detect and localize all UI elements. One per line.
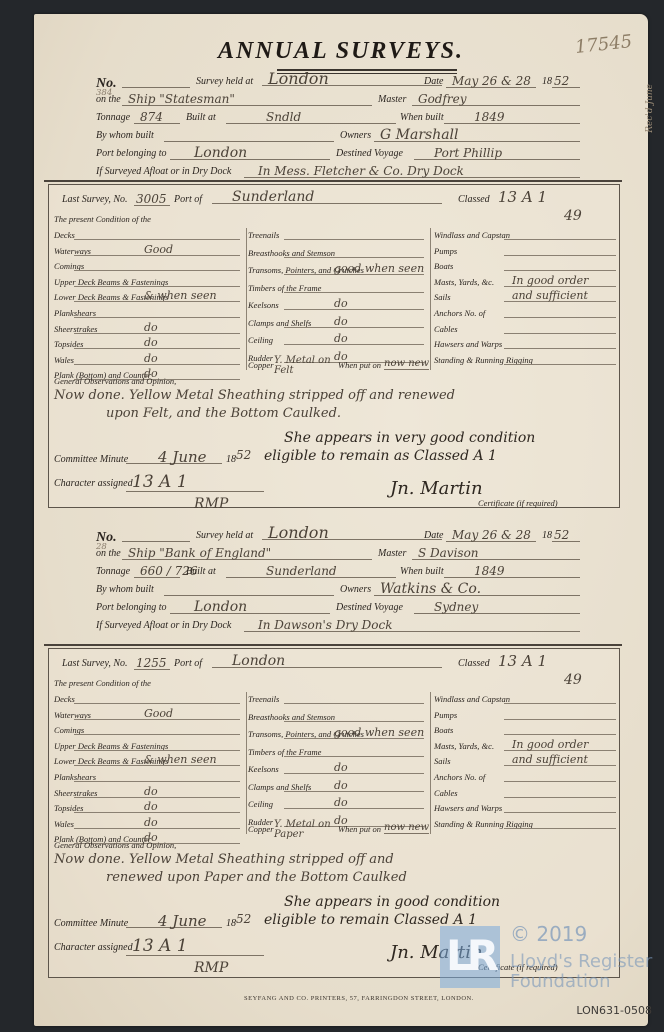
year-prefix: 18 [542, 530, 552, 541]
tonnage-label: Tonnage [96, 112, 130, 123]
surveyor-initials: RMP [194, 960, 228, 976]
classed-field: 13 A 1 [492, 654, 572, 668]
condition-label: Windlass and Capstan [434, 230, 510, 240]
condition-value: do [144, 800, 158, 813]
surveyed-afloat-field: In Mess. Fletcher & Co. Dry Dock [244, 164, 580, 178]
condition-rule [504, 307, 616, 318]
side-note: Rec'd June [645, 84, 655, 133]
condition-label: Sails [434, 292, 451, 302]
built-at-field: Sunderland [226, 564, 396, 578]
when-built-field: 1849 [444, 564, 580, 578]
condition-value: and sufficient [512, 289, 588, 302]
present-condition-label: The present Condition of the [54, 678, 151, 688]
condition-label: Cables [434, 324, 458, 334]
last-survey-field: 1255 [134, 656, 170, 670]
observation-line: renewed upon Paper and the Bottom Caulke… [106, 870, 407, 885]
surveyed-afloat-field: In Dawson's Dry Dock [244, 618, 580, 632]
condition-rule [504, 818, 616, 829]
condition-rule [504, 260, 616, 271]
condition-value: In good order [512, 738, 588, 751]
condition-rule [284, 711, 424, 722]
classed-year: 49 [564, 672, 582, 688]
watermark-organisation: Lloyd's Register Foundation [510, 952, 664, 992]
year-prefix: 18 [542, 76, 552, 87]
condition-rule [74, 276, 240, 287]
condition-rule [504, 354, 616, 365]
condition-rule [284, 247, 424, 258]
on-the-label: on the [96, 548, 121, 559]
owners-field: Watkins & Co. [374, 582, 580, 596]
condition-rule [284, 334, 424, 345]
tonnage-label: Tonnage [96, 566, 130, 577]
condition-rule [504, 771, 616, 782]
port-of-label: Port of [174, 658, 202, 669]
condition-rule [284, 282, 424, 293]
condition-rule [284, 763, 424, 774]
classed-label: Classed [458, 658, 490, 669]
year-field: 52 [552, 74, 580, 88]
master-label: Master [378, 548, 406, 559]
owners-label: Owners [340, 130, 371, 141]
condition-label: Boats [434, 261, 453, 271]
condition-label: Windlass and Capstan [434, 694, 510, 704]
condition-label: Keelsons [248, 764, 279, 774]
surveyed-afloat-label: If Surveyed Afloat or in Dry Dock [96, 620, 231, 631]
present-condition-label: The present Condition of the [54, 214, 151, 224]
ship-name-field: Ship "Bank of England" [122, 546, 372, 560]
survey-held-at-field: London [262, 72, 442, 86]
condition-value: do [334, 796, 348, 809]
observation-line: Now done. Yellow Metal Sheathing strippe… [54, 852, 394, 867]
when-put-on-field: now new [384, 822, 429, 834]
watermark-copyright: © 2019 [510, 922, 587, 946]
general-observations-label: General Observations and Opinion, [54, 840, 176, 850]
condition-label: Hawsers and Warps [434, 803, 502, 813]
when-put-on-field: now new [384, 358, 429, 370]
when-built-field: 1849 [444, 110, 580, 124]
committee-minute-label: Committee Minute [54, 918, 128, 929]
date-label: Date [424, 530, 443, 541]
condition-value: Good [144, 707, 173, 720]
last-survey-field: 3005 [134, 192, 170, 206]
condition-label: Hawsers and Warps [434, 339, 502, 349]
general-observations-label: General Observations and Opinion, [54, 376, 176, 386]
destined-voyage-field: Sydney [414, 600, 580, 614]
when-put-on-label: When put on [338, 824, 381, 834]
condition-label: Masts, Yards, &c. [434, 277, 494, 287]
condition-value: do [334, 297, 348, 310]
condition-value: do [334, 315, 348, 328]
condition-value: do [334, 761, 348, 774]
section-rule [44, 644, 622, 646]
committee-year-prefix: 18 [226, 454, 236, 465]
condition-value: good when seen [334, 262, 424, 275]
condition-label: Wales [54, 819, 74, 829]
condition-label: Ceiling [248, 799, 273, 809]
condition-rule [504, 229, 616, 240]
condition-rule [504, 338, 616, 349]
condition-rule [284, 317, 424, 328]
condition-label: Keelsons [248, 300, 279, 310]
copper-field: Y. Metal on Paper [274, 820, 344, 840]
when-built-label: When built [400, 112, 444, 123]
condition-rule [504, 802, 616, 813]
condition-label: Treenails [248, 230, 279, 240]
condition-value: do [334, 779, 348, 792]
condition-value: do [144, 785, 158, 798]
port-belonging-label: Port belonging to [96, 602, 167, 613]
when-built-label: When built [400, 566, 444, 577]
date-label: Date [424, 76, 443, 87]
port-belonging-label: Port belonging to [96, 148, 167, 159]
condition-value: & when seen [144, 753, 217, 766]
condition-rule [284, 693, 424, 704]
condition-rule [284, 798, 424, 809]
classed-year: 49 [564, 208, 582, 224]
condition-rule [284, 746, 424, 757]
condition-label: Pumps [434, 246, 457, 256]
condition-rule [74, 260, 240, 271]
on-the-label: on the [96, 94, 121, 105]
built-at-label: Built at [186, 112, 216, 123]
master-label: Master [378, 94, 406, 105]
condition-rule [504, 787, 616, 798]
condition-label: Decks [54, 694, 75, 704]
tonnage-field: 660 / 726 [134, 564, 180, 578]
date-field: May 26 & 28 [446, 528, 536, 542]
condition-label: Decks [54, 230, 75, 240]
observation-line: upon Felt, and the Bottom Caulked. [106, 406, 341, 421]
lr-logo-watermark: LR [440, 926, 500, 988]
master-field: S Davison [412, 546, 580, 560]
survey-number-field [122, 74, 190, 88]
condition-value: In good order [512, 274, 588, 287]
copper-label: Copper [248, 360, 274, 370]
by-whom-built-label: By whom built [96, 130, 154, 141]
committee-minute-label: Committee Minute [54, 454, 128, 465]
document-title: ANNUAL SURVEYS. [34, 38, 648, 65]
last-survey-label: Last Survey, No. [62, 658, 128, 669]
port-belonging-field: London [170, 600, 330, 614]
last-survey-label: Last Survey, No. [62, 194, 128, 205]
master-field: Godfrey [412, 92, 580, 106]
port-of-label: Port of [174, 194, 202, 205]
classed-field: 13 A 1 [492, 190, 572, 204]
port-of-field: Sunderland [212, 190, 442, 204]
condition-rule [284, 229, 424, 240]
committee-year-prefix: 18 [226, 918, 236, 929]
condition-value: good when seen [334, 726, 424, 739]
committee-year: 52 [236, 448, 251, 462]
condition-value: & when seen [144, 289, 217, 302]
condition-rule [74, 740, 240, 751]
observation-line: She appears in very good condition [284, 430, 535, 446]
owners-label: Owners [340, 584, 371, 595]
condition-value: and sufficient [512, 753, 588, 766]
by-whom-built-field [164, 582, 334, 596]
port-belonging-field: London [170, 146, 330, 160]
surveyor-initials: RMP [194, 496, 228, 512]
copper-label: Copper [248, 824, 274, 834]
built-at-label: Built at [186, 566, 216, 577]
condition-rule [74, 693, 240, 704]
destined-voyage-field: Port Phillip [414, 146, 580, 160]
condition-value: do [144, 352, 158, 365]
observation-line: Now done. Yellow Metal Sheathing strippe… [54, 388, 455, 403]
date-field: May 26 & 28 [446, 74, 536, 88]
condition-label: Anchors No. of [434, 308, 485, 318]
built-at-field: Sndld [226, 110, 396, 124]
condition-label: Boats [434, 725, 453, 735]
survey-held-at-label: Survey held at [196, 530, 253, 541]
destined-voyage-label: Destined Voyage [336, 602, 403, 613]
by-whom-built-label: By whom built [96, 584, 154, 595]
observation-line: eligible to remain as Classed A 1 [264, 448, 497, 464]
condition-label: Treenails [248, 694, 279, 704]
condition-label: Wales [54, 355, 74, 365]
condition-label: Masts, Yards, &c. [434, 741, 494, 751]
survey-document-page: ANNUAL SURVEYS. 17545 Rec'd June No. 384… [34, 14, 648, 1026]
condition-label: Cables [434, 788, 458, 798]
condition-rule [284, 299, 424, 310]
column-divider [246, 228, 247, 370]
character-assigned-label: Character assigned [54, 478, 133, 489]
condition-rule [74, 724, 240, 735]
when-put-on-label: When put on [338, 360, 381, 370]
catalog-id: LON631-0508 [576, 1004, 652, 1017]
surveyed-afloat-label: If Surveyed Afloat or in Dry Dock [96, 166, 231, 177]
condition-value: do [334, 332, 348, 345]
observation-line: She appears in good condition [284, 894, 500, 910]
condition-rule [74, 229, 240, 240]
committee-minute-field: 4 June [126, 914, 222, 928]
tonnage-field: 874 [134, 110, 180, 124]
year-field: 52 [552, 528, 580, 542]
certificate-label: Certificate (if required) [478, 498, 558, 508]
condition-value: do [144, 816, 158, 829]
condition-rule [74, 307, 240, 318]
condition-value: Good [144, 243, 173, 256]
condition-label: Ceiling [248, 335, 273, 345]
condition-rule [284, 781, 424, 792]
character-assigned-field: 13 A 1 [126, 936, 264, 956]
surveyor-signature: Jn. Martin [390, 478, 483, 499]
committee-year: 52 [236, 912, 251, 926]
character-assigned-label: Character assigned [54, 942, 133, 953]
survey-number-field [122, 528, 190, 542]
condition-label: Anchors No. of [434, 772, 485, 782]
committee-minute-field: 4 June [126, 450, 222, 464]
by-whom-built-field [164, 128, 334, 142]
condition-rule [504, 724, 616, 735]
destined-voyage-label: Destined Voyage [336, 148, 403, 159]
condition-rule [74, 771, 240, 782]
condition-rule [504, 245, 616, 256]
column-divider [430, 228, 431, 370]
condition-label: Pumps [434, 710, 457, 720]
survey-held-at-field: London [262, 526, 442, 540]
condition-rule [504, 693, 616, 704]
column-divider [430, 692, 431, 834]
condition-label: Sails [434, 756, 451, 766]
section-rule [44, 180, 622, 182]
port-of-field: London [212, 654, 442, 668]
printer-imprint: SEYFANG AND CO. PRINTERS, 57, FARRINGDON… [244, 995, 474, 1002]
character-assigned-field: 13 A 1 [126, 472, 264, 492]
condition-value: do [144, 336, 158, 349]
ship-name-field: Ship "Statesman" [122, 92, 372, 106]
owners-field: G Marshall [374, 128, 580, 142]
classed-label: Classed [458, 194, 490, 205]
condition-rule [504, 709, 616, 720]
copper-field: Y. Metal on Felt [274, 356, 344, 376]
condition-value: do [144, 321, 158, 334]
survey-held-at-label: Survey held at [196, 76, 253, 87]
column-divider [246, 692, 247, 834]
condition-rule [504, 323, 616, 334]
